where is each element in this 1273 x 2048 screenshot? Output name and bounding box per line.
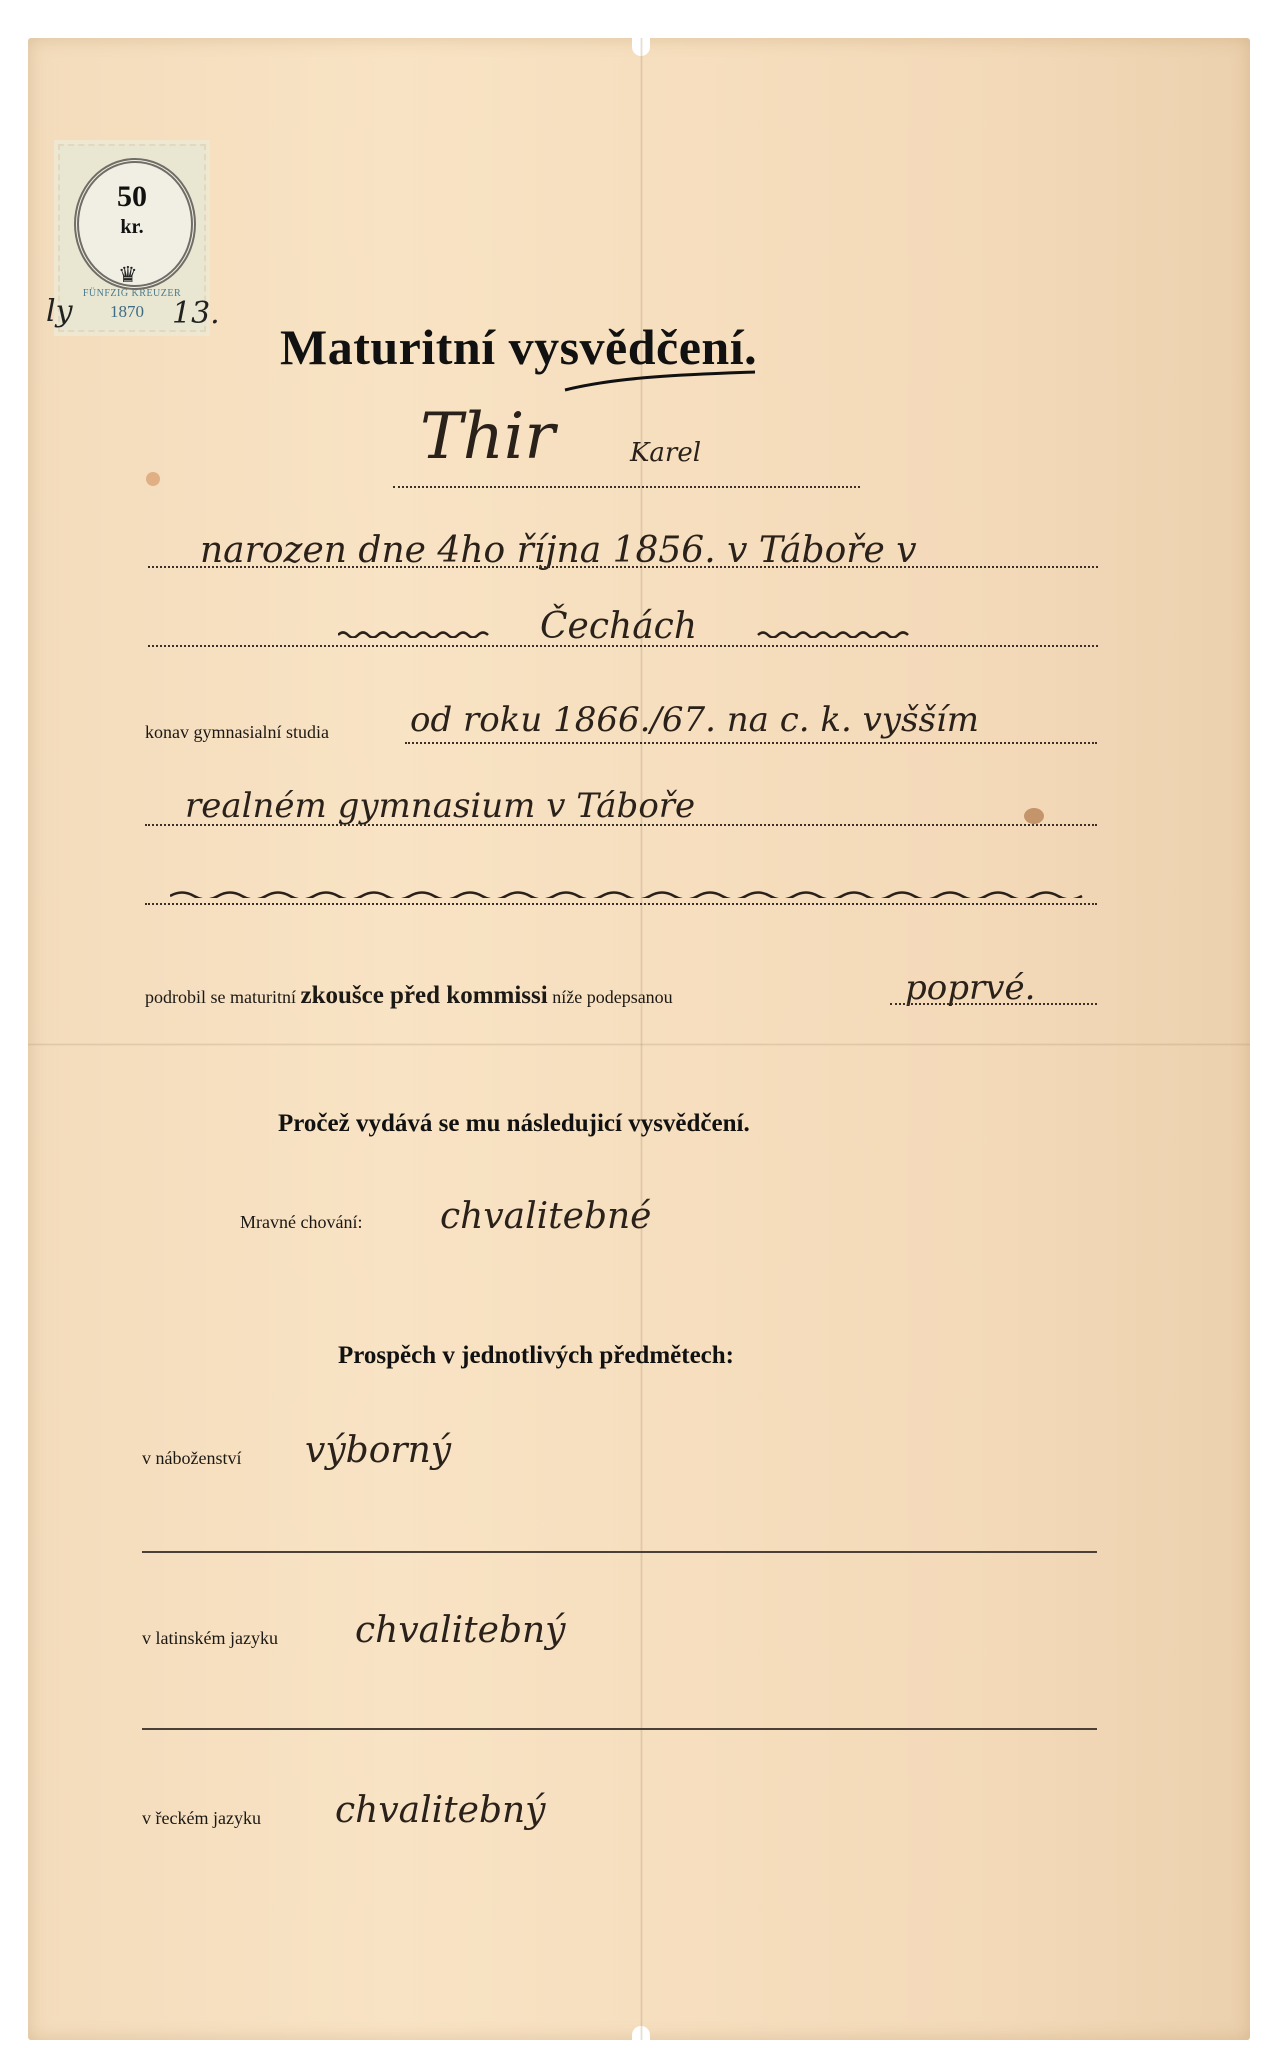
certificate-heading: Pročež vydává se mu následujicí vysvědče…: [278, 1110, 750, 1138]
subjects-heading: Prospěch v jednotlivých předmětech:: [338, 1342, 734, 1370]
stamp-cancel-mark-left: ly: [46, 294, 73, 329]
subject-grade-handwritten: výborný: [305, 1430, 451, 1471]
exam-emphasis: zkoušce před kommissi: [300, 982, 547, 1009]
stamp-year: 1870: [110, 302, 144, 322]
horizontal-fold: [28, 1043, 1250, 1046]
conduct-grade-handwritten: chvalitebné: [440, 1196, 651, 1237]
exam-dotted-line: [890, 1003, 1097, 1005]
birth-place-dotted-line: [148, 645, 1098, 647]
subject-label: v latinském jazyku: [142, 1628, 278, 1649]
birth-dotted-line: [148, 566, 1098, 568]
studies-dotted-line-3: [145, 903, 1097, 905]
studies-value-line1: od roku 1866./67. na c. k. vyšším: [410, 700, 979, 740]
exam-prefix: podrobil se maturitní: [145, 987, 296, 1007]
subject-separator-line: [142, 1728, 1097, 1730]
studies-label: konav gymnasialní studia: [145, 722, 329, 743]
birth-place-handwritten: Čechách: [540, 606, 697, 647]
subject-separator-line: [142, 1551, 1097, 1553]
birth-line-handwritten: narozen dne 4ho října 1856. v Táboře v: [200, 530, 917, 571]
surname-handwritten: Thir: [420, 400, 555, 474]
stamp-unit: kr.: [60, 216, 204, 239]
subject-grade-handwritten: chvalitebný: [355, 1610, 566, 1651]
exam-attempt-handwritten: poprvé.: [905, 968, 1035, 1008]
conduct-label: Mravné chování:: [240, 1212, 362, 1233]
stamp-cancel-mark-right: 13.: [172, 296, 220, 331]
double-eagle-icon: ♛: [118, 262, 138, 288]
ink-stain: [1024, 808, 1044, 824]
exam-suffix: níže podepsanou: [552, 987, 672, 1007]
subject-grade-handwritten: chvalitebný: [335, 1790, 546, 1831]
ink-stain: [146, 472, 160, 486]
studies-dotted-line-2: [145, 824, 1097, 826]
stamp-value: 50: [60, 182, 204, 212]
filler-squiggle: [170, 888, 1085, 898]
studies-value-line2: realném gymnasium v Táboře: [185, 786, 695, 826]
exam-statement: podrobil se maturitní zkoušce před kommi…: [145, 982, 673, 1010]
subject-label: v náboženství: [142, 1448, 241, 1469]
name-dotted-line: [393, 486, 860, 488]
given-name-handwritten: Karel: [630, 438, 701, 468]
title-flourish: [560, 368, 760, 398]
studies-dotted-line-1: [405, 742, 1097, 744]
subject-label: v řeckém jazyku: [142, 1808, 261, 1829]
revenue-stamp: 50 kr. ♛ FÜNFZIG KREUZER 1870 ly 13.: [58, 144, 206, 332]
